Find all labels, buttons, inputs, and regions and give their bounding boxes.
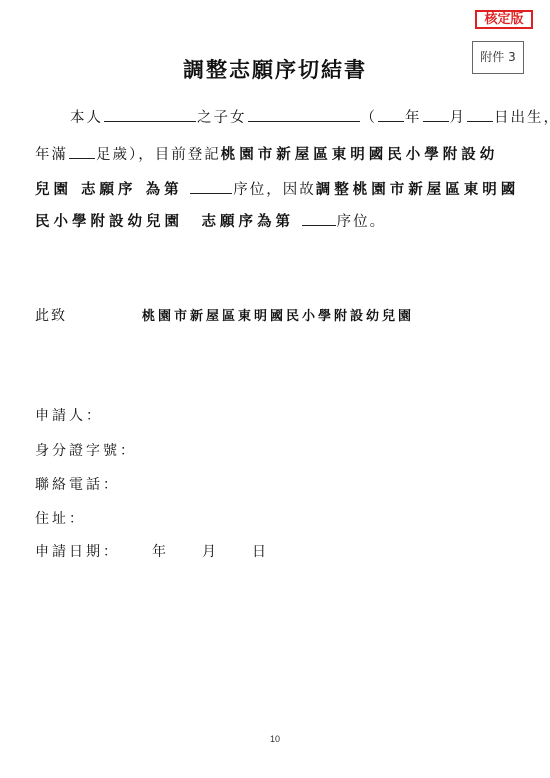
new-preference-bold: 民小學附設幼兒園 志願序為第 [35,213,294,230]
date-year-unit: 年 [152,541,166,561]
body-line-4: 民小學附設幼兒園 志願序為第 序位。 [35,210,520,231]
text-day-born: 日出生， [494,110,550,126]
new-rank-blank [302,211,336,226]
page-number: 10 [0,734,550,744]
parent-name-blank [104,107,196,122]
text-rank-end: 序位。 [337,214,387,230]
birth-month-blank [423,107,449,122]
body-line-3: 兒園 志願序 為第 序位，因故調整桃園市新屋區東明國 [35,178,520,199]
school-name-bold: 桃園市新屋區東明國民小學附設幼 [221,146,499,163]
birth-day-blank [467,107,493,122]
child-name-blank [248,107,360,122]
date-month-unit: 月 [202,541,216,561]
text-self: 本人 [70,110,103,126]
application-date-label: 申請日期： [35,541,120,561]
approved-version-stamp: 核定版 [475,10,533,29]
text-age-registered: 足歲），目前登記 [96,147,221,163]
age-blank [69,144,95,159]
document-page: 核定版 附件 3 調整志願序切結書 本人之子女（年月日出生， 年滿足歲），目前登… [0,0,550,778]
recipient-school: 桃園市新屋區東明國民小學附設幼兒園 [142,305,414,324]
text-rank-reason: 序位，因故 [233,182,316,198]
document-title: 調整志願序切結書 [0,54,550,84]
text-month: 月 [450,110,467,126]
text-child-of: 之子女 [197,110,247,126]
text-year: 年 [405,110,422,126]
id-number-label: 身分證字號： [35,440,137,460]
body-line-2: 年滿足歲），目前登記桃園市新屋區東明國民小學附設幼 [35,143,520,164]
current-preference-bold: 兒園 志願序 為第 [35,181,183,198]
date-day-unit: 日 [252,541,266,561]
phone-label: 聯絡電話： [35,474,120,494]
current-rank-blank [190,179,232,194]
salutation: 此致 [35,305,67,325]
text-full: 年滿 [35,147,68,163]
text-open-paren: （ [361,110,378,126]
adjust-school-bold: 調整桃園市新屋區東明國 [316,181,520,198]
birth-year-blank [378,107,404,122]
address-label: 住址： [35,508,86,528]
body-line-1: 本人之子女（年月日出生， [70,106,550,127]
applicant-label: 申請人： [35,405,103,425]
